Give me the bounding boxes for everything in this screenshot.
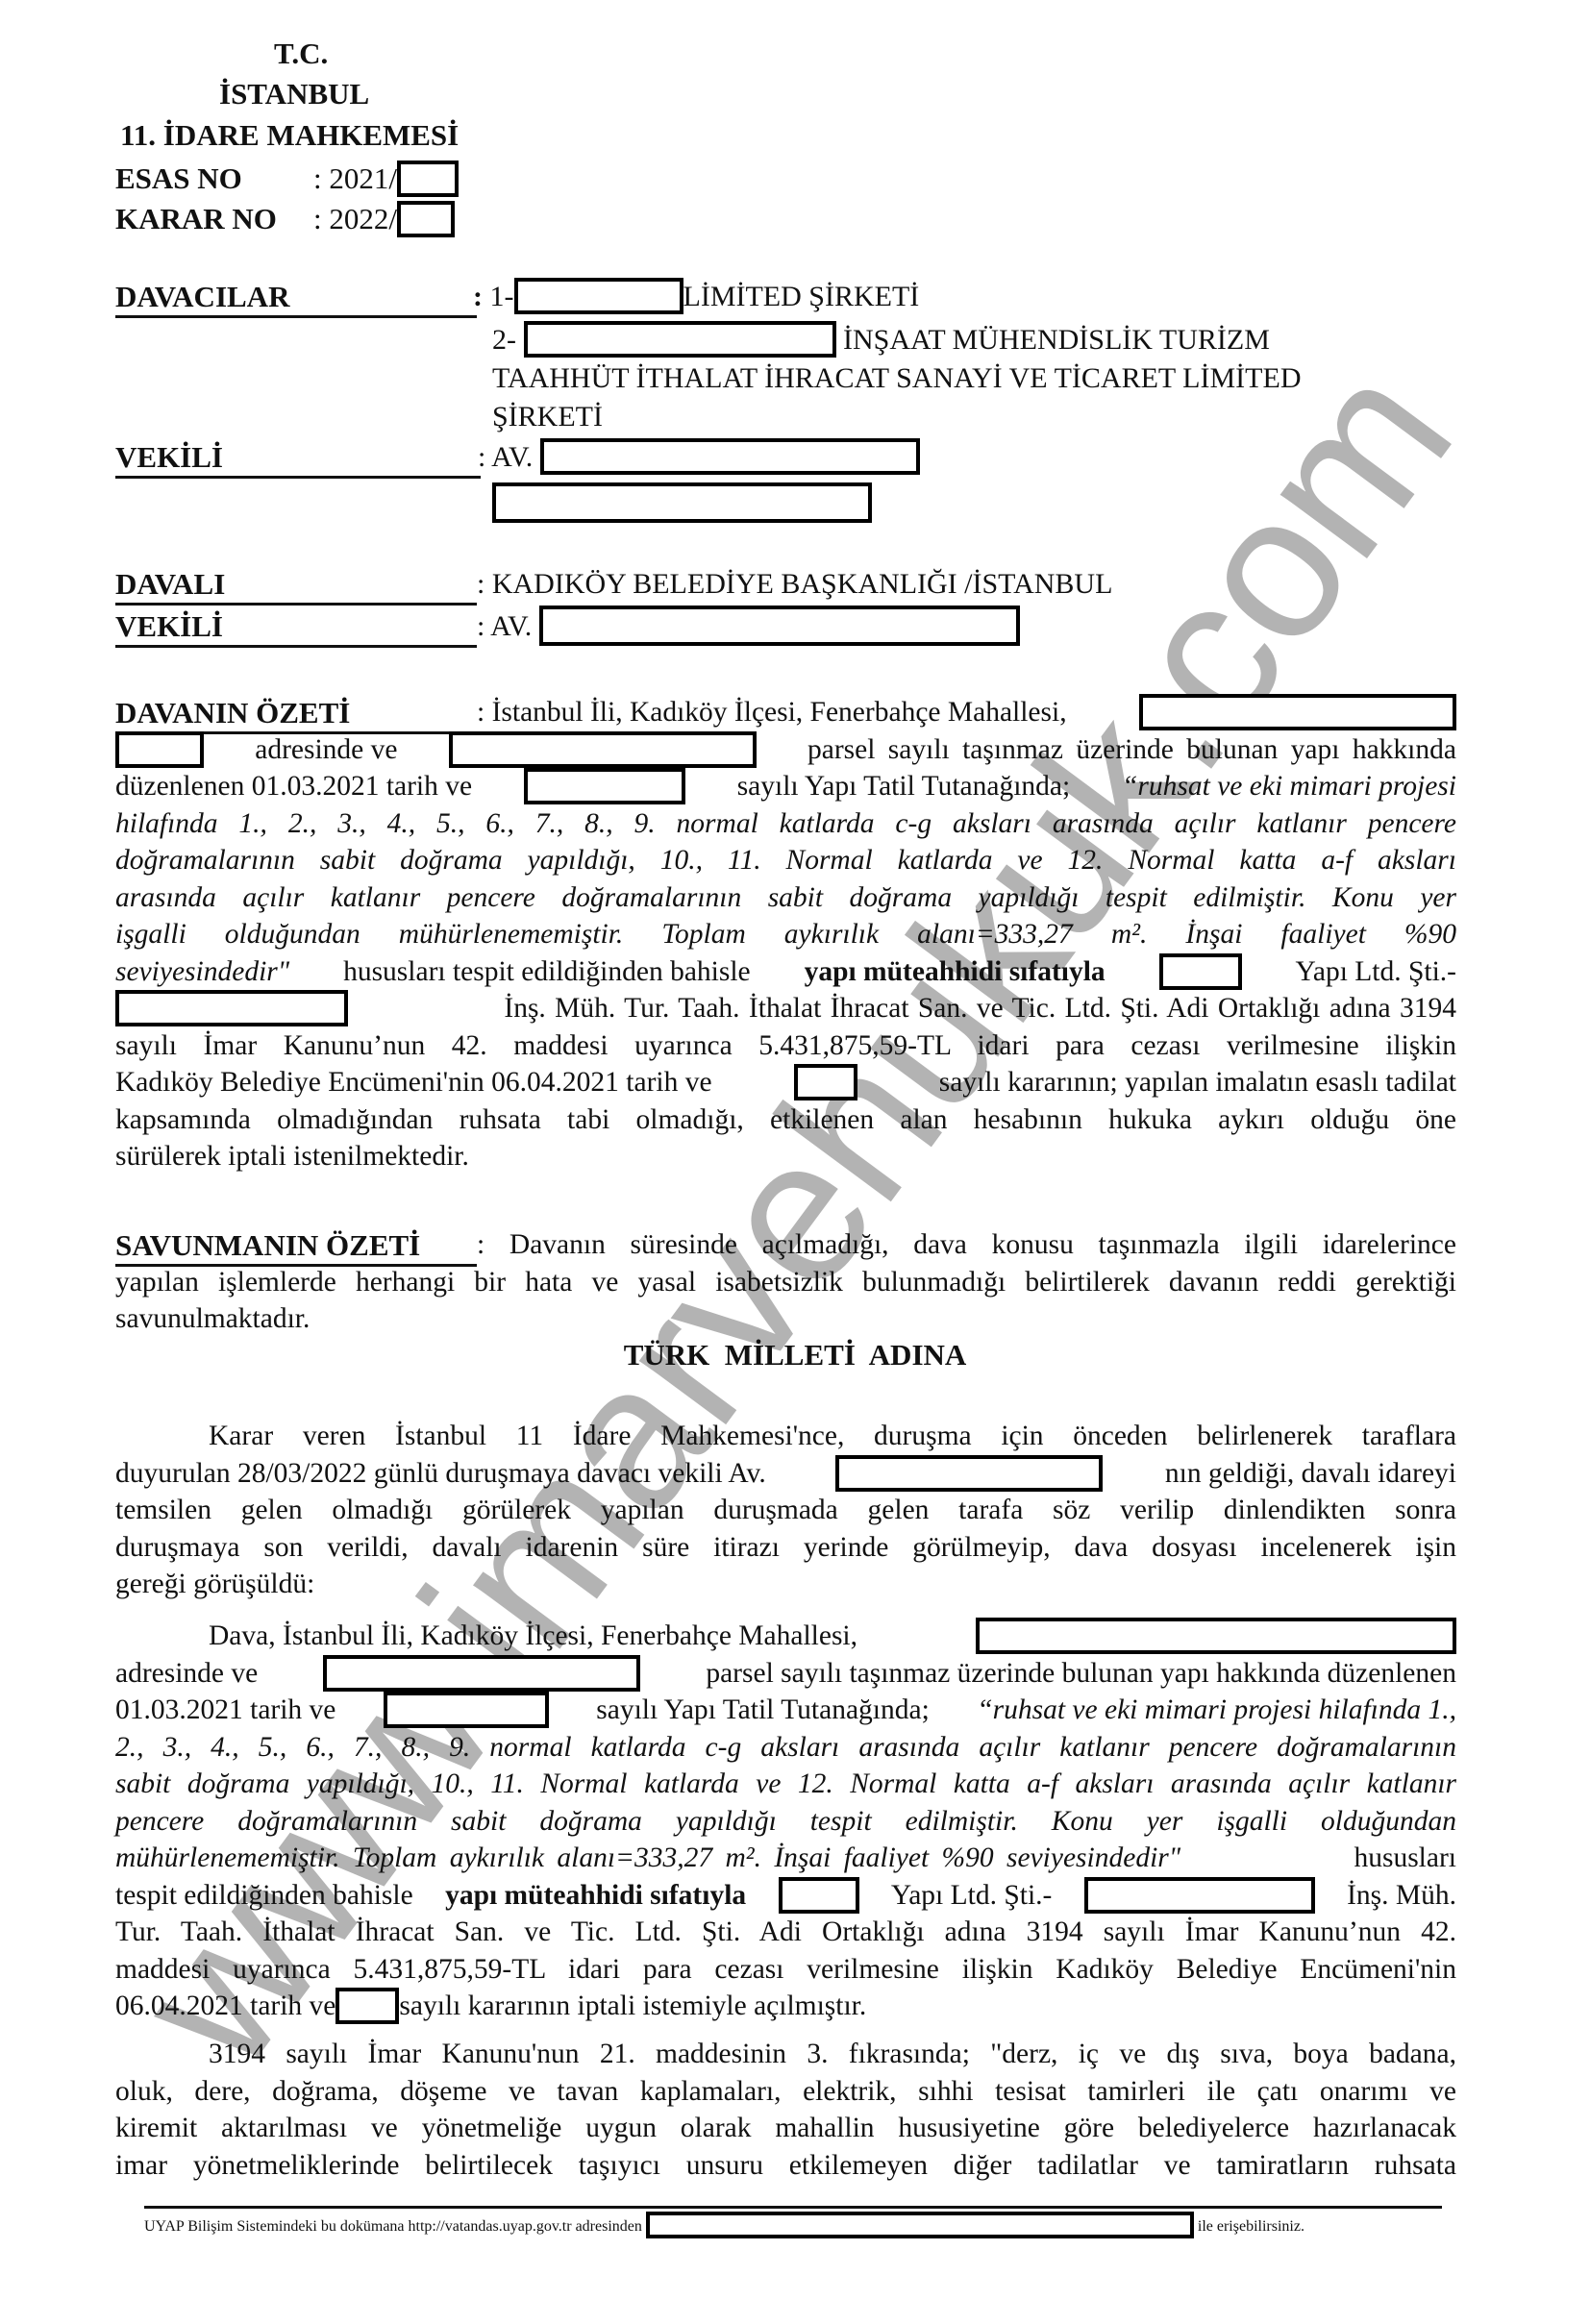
davaci-vekili-address [492,482,872,523]
section-title: TÜRK MİLLETİ ADINA [0,1336,1590,1374]
redaction-box [449,731,757,768]
header-court: 11. İDARE MAHKEMESİ [120,116,459,155]
redaction-box [323,1655,640,1692]
davaci-1: : 1-LİMİTED ŞİRKETİ [473,278,919,316]
redaction-box [976,1618,1456,1654]
redaction-box [397,161,459,197]
redaction-box [539,606,1020,646]
paragraph-case: Dava, İstanbul İli, Kadıköy İlçesi, Fene… [115,1618,1456,2025]
redaction-box [335,1988,399,2024]
davanin-ozeti-text: : İstanbul İli, Kadıköy İlçesi, Fenerbah… [115,694,1456,1175]
redaction-box [794,1064,857,1100]
davali-label: DAVALI [115,565,225,604]
header-city: İSTANBUL [219,75,369,113]
document-page: T.C. İSTANBUL 11. İDARE MAHKEMESİ ESAS N… [0,0,1590,2324]
label-underline [115,315,477,318]
label-underline [115,476,481,479]
redaction-box [540,438,920,475]
esas-no-value: : 2021/ [313,160,459,198]
davaci-2-line2: TAAHHÜT İTHALAT İHRACAT SANAYİ VE TİCARE… [492,359,1301,398]
davali-value: : KADIKÖY BELEDİYE BAŞKANLIĞI /İSTANBUL [477,565,1112,604]
davaci-2-line3: ŞİRKETİ [492,398,603,436]
footer-uyap-note: UYAP Bilişim Sistemindeki bu dokümana ht… [144,2215,1304,2238]
redaction-box [524,768,685,804]
header-tc: T.C. [274,35,328,73]
savunmanin-ozeti-text: : Davanın süresinde açılmadığı, dava kon… [115,1226,1456,1338]
paragraph-hearing: Karar veren İstanbul 11 İdare Mahkemesi'… [115,1418,1456,1603]
footer-rule [144,2206,1442,2209]
redaction-box [524,321,836,358]
redaction-box [397,201,455,237]
davacilar-label: DAVACILAR [115,278,289,316]
karar-no-value: : 2022/ [313,200,455,238]
paragraph-law: 3194 sayılı İmar Kanunu'nun 21. maddesin… [115,2036,1456,2184]
label-underline [115,603,477,606]
redaction-box [384,1692,549,1728]
davaci-2: 2- İNŞAAT MÜHENDİSLİK TURİZM [492,321,1270,359]
redaction-box [115,731,204,768]
davaci-vekili: : AV. [478,438,920,477]
davali-vekili-label: VEKİLİ [115,607,223,646]
redaction-box [514,278,683,314]
vekili-label: VEKİLİ [115,438,223,477]
label-underline [115,645,477,648]
redaction-box [1084,1877,1315,1914]
redaction-box [115,990,348,1026]
redaction-box [646,2212,1194,2238]
redaction-box [1159,953,1242,990]
redaction-box [492,482,872,523]
redaction-box [1139,694,1456,730]
redaction-box [835,1455,1103,1492]
redaction-box [779,1877,859,1914]
karar-no-label: KARAR NO [115,200,277,238]
davali-vekili: : AV. [477,607,1020,646]
esas-no-label: ESAS NO [115,160,242,198]
